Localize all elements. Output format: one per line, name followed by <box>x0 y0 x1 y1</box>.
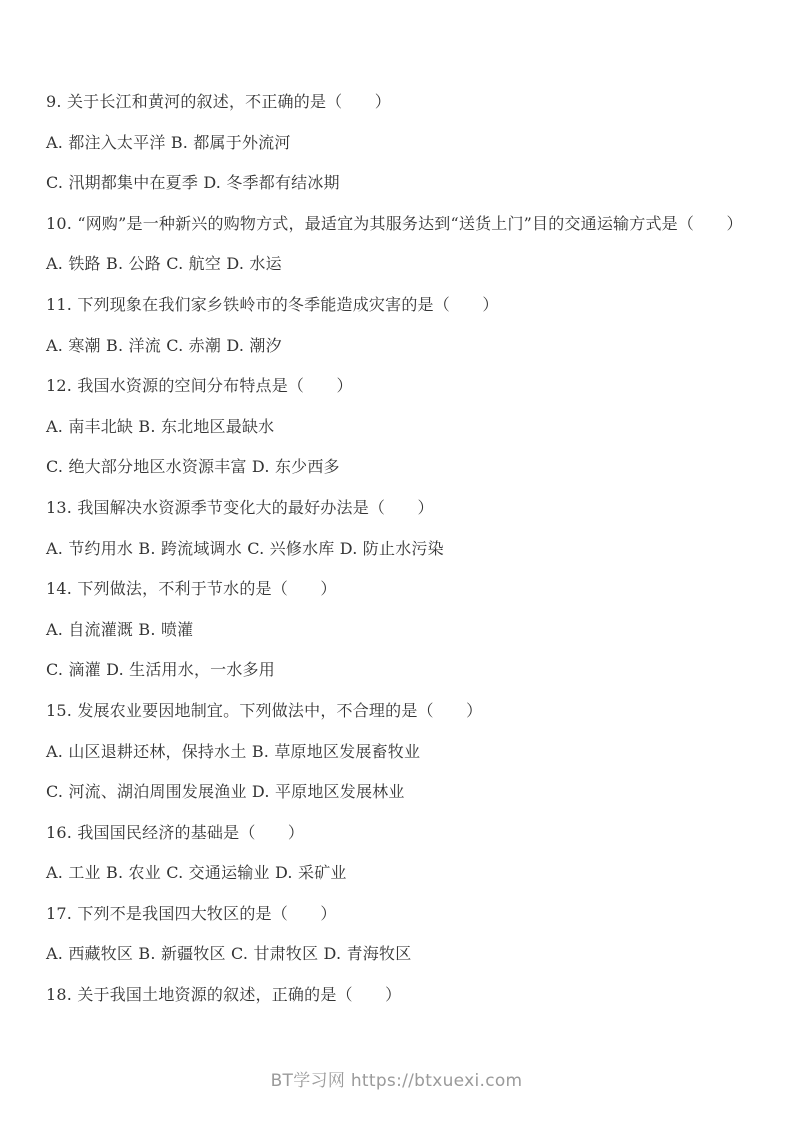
question-12-options-cd: C. 绝大部分地区水资源丰富 D. 东少西多 <box>46 447 763 488</box>
question-16-options: A. 工业 B. 农业 C. 交通运输业 D. 采矿业 <box>46 853 763 894</box>
question-15-options-ab: A. 山区退耕还林，保持水土 B. 草原地区发展畜牧业 <box>46 732 763 773</box>
question-17-stem: 17. 下列不是我国四大牧区的是（ ） <box>46 894 763 935</box>
question-11-stem: 11. 下列现象在我们家乡铁岭市的冬季能造成灾害的是（ ） <box>46 285 763 326</box>
question-17-options: A. 西藏牧区 B. 新疆牧区 C. 甘肃牧区 D. 青海牧区 <box>46 934 763 975</box>
question-14-options-cd: C. 滴灌 D. 生活用水，一水多用 <box>46 650 763 691</box>
question-15-options-cd: C. 河流、湖泊周围发展渔业 D. 平原地区发展林业 <box>46 772 763 813</box>
watermark-footer: BT学习网 https://btxuexi.com <box>0 1066 793 1091</box>
question-13-stem: 13. 我国解决水资源季节变化大的最好办法是（ ） <box>46 488 763 529</box>
question-15-stem: 15. 发展农业要因地制宜。下列做法中，不合理的是（ ） <box>46 691 763 732</box>
question-14-stem: 14. 下列做法，不利于节水的是（ ） <box>46 569 763 610</box>
question-10-options: A. 铁路 B. 公路 C. 航空 D. 水运 <box>46 244 763 285</box>
question-13-options: A. 节约用水 B. 跨流域调水 C. 兴修水库 D. 防止水污染 <box>46 529 763 570</box>
exam-questions-body: 9. 关于长江和黄河的叙述，不正确的是（ ） A. 都注入太平洋 B. 都属于外… <box>46 82 763 1016</box>
question-12-stem: 12. 我国水资源的空间分布特点是（ ） <box>46 366 763 407</box>
question-10-stem: 10. “网购”是一种新兴的购物方式，最适宜为其服务达到“送货上门”目的交通运输… <box>46 204 763 245</box>
question-14-options-ab: A. 自流灌溉 B. 喷灌 <box>46 610 763 651</box>
exam-page: 9. 关于长江和黄河的叙述，不正确的是（ ） A. 都注入太平洋 B. 都属于外… <box>0 0 793 1122</box>
question-9-stem: 9. 关于长江和黄河的叙述，不正确的是（ ） <box>46 82 763 123</box>
question-16-stem: 16. 我国国民经济的基础是（ ） <box>46 813 763 854</box>
question-18-stem: 18. 关于我国土地资源的叙述，正确的是（ ） <box>46 975 763 1016</box>
question-12-options-ab: A. 南丰北缺 B. 东北地区最缺水 <box>46 407 763 448</box>
question-11-options: A. 寒潮 B. 洋流 C. 赤潮 D. 潮汐 <box>46 326 763 367</box>
question-9-options-ab: A. 都注入太平洋 B. 都属于外流河 <box>46 123 763 164</box>
question-9-options-cd: C. 汛期都集中在夏季 D. 冬季都有结冰期 <box>46 163 763 204</box>
